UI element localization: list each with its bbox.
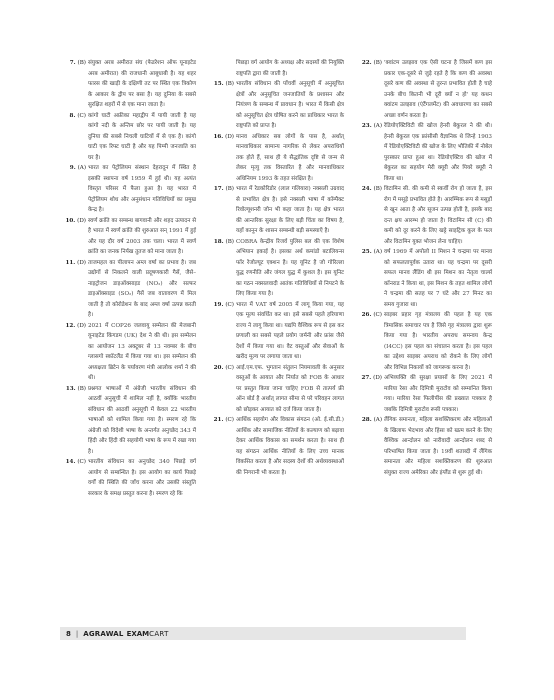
question-number: 11. (D)	[60, 258, 88, 321]
answer-item: 23. (A)रेडियोएक्टिविटी की खोज हेनरी बेकु…	[356, 121, 492, 184]
answer-option: (D)	[77, 323, 86, 329]
answer-option: (A)	[374, 249, 382, 255]
question-number: 8. (C)	[60, 111, 88, 164]
answer-item: 10. (D)स्वर्ण क्रांति का सम्बन्ध बागवानी…	[60, 216, 196, 258]
question-number-label: 17.	[214, 186, 224, 192]
explanation-text: भारत का पेट्रोलियम संस्थान देहरादून में …	[88, 163, 196, 216]
answer-option: (A)	[374, 123, 382, 129]
explanation-text: 2021 में COP26 जलवायु सम्मेलन की मेजबानी…	[88, 321, 196, 384]
answer-option: (C)	[373, 312, 382, 318]
question-number: 15. (B)	[208, 79, 236, 132]
answer-item: 14. (C)भारतीय संविधान का अनुच्छेद 340 पि…	[60, 457, 196, 499]
answer-item: 26. (C)साइबर प्रहार गृह मंत्रालय की पहल …	[356, 310, 492, 373]
question-number-label: 21.	[214, 417, 224, 423]
explanation-text: विटामिन सी. की कमी से स्कर्वी रोग हो जात…	[384, 184, 492, 247]
answer-item: 25. (A)वर्ष 1969 में अपोलो II मिशन ने चन…	[356, 247, 492, 310]
page-number: 8	[66, 630, 71, 638]
answer-option: (B)	[78, 386, 86, 392]
explanation-text: पिछड़ा वर्ग आयोग के अध्यक्ष और सदस्यों क…	[236, 58, 344, 79]
explanation-text: रेडियोएक्टिविटी की खोज हेनरी बेकुरल ने क…	[384, 121, 492, 184]
answer-item: 8. (C)कांगो घाटी अफ्रीका महाद्वीप में पा…	[60, 111, 196, 164]
answer-item: 17. (B)भारत में रेडकोरिडोर (लाल गलियारा)…	[208, 184, 344, 237]
answer-item: 11. (D)ताजमहल का पीलापन अम्ल वर्षा का प्…	[60, 258, 196, 321]
answer-option: (B)	[374, 186, 382, 192]
question-number-label: 11.	[65, 260, 75, 266]
question-number-label: 27.	[361, 375, 371, 381]
answer-option: (B)	[226, 81, 234, 87]
brand-name-agrawal: AGRAWAL	[83, 630, 123, 638]
footer-separator: |	[76, 630, 78, 638]
question-number: 7. (B)	[60, 58, 88, 111]
answer-option: (C)	[77, 459, 86, 465]
question-number-label: 12.	[65, 323, 75, 329]
explanation-text: COBRA केन्द्रीय रिजर्व पुलिस बल की एक वि…	[236, 237, 344, 300]
explanation-text: भारत में VAT वर्ष 2005 में लागू किया गया…	[236, 300, 344, 363]
explanation-text: ताजमहल का पीलापन अम्ल वर्षा का प्रभाव है…	[88, 258, 196, 321]
question-number: 22. (B)	[356, 58, 384, 121]
answer-item: 24. (B)विटामिन सी. की कमी से स्कर्वी रोग…	[356, 184, 492, 247]
question-number: 12. (D)	[60, 321, 88, 384]
question-number-label: 13.	[66, 386, 76, 392]
explanation-text: मानव अधिकार सब लोगों के पास है, अर्थात् …	[236, 132, 344, 185]
three-column-layout: 7. (B)संयुक्त अरब अमीरात संघ (फेडरेशन ऑफ…	[60, 58, 492, 499]
answer-option: (B)	[374, 60, 382, 66]
answer-item: 22. (B)'क्वांटम उलझाव एक ऐसी घटना है जिस…	[356, 58, 492, 121]
answer-item: 19. (C)भारत में VAT वर्ष 2005 में लागू क…	[208, 300, 344, 363]
answer-option: (D)	[77, 260, 86, 266]
explanation-text: आई.एम.एफ. भुगतान संतुलन नियमावली के अनुस…	[236, 363, 344, 416]
question-number: 26. (C)	[356, 310, 384, 373]
answer-item: 13. (B)प्रश्नगत भाषाओं में अंग्रेजी भारत…	[60, 384, 196, 458]
brand-name-cart: CART	[149, 630, 169, 638]
answer-option: (A)	[78, 165, 86, 171]
answer-item: 20. (C)आई.एम.एफ. भुगतान संतुलन नियमावली …	[208, 363, 344, 416]
question-number: 18. (B)	[208, 237, 236, 300]
answer-option: (D)	[373, 375, 382, 381]
question-number: 25. (A)	[356, 247, 384, 310]
question-number-label: 19.	[214, 302, 224, 308]
question-number: 20. (C)	[208, 363, 236, 416]
page-footer: 8 | AGRAWAL EXAM CART	[60, 627, 466, 640]
question-number-label: 9.	[70, 165, 76, 171]
answer-option: (C)	[225, 417, 234, 423]
question-number	[208, 58, 236, 79]
question-number-label: 23.	[362, 123, 372, 129]
question-number: 27. (D)	[356, 373, 384, 415]
answer-item: 21. (C)आर्थिक सहयोग और विकास संगठन (ओ. ई…	[208, 415, 344, 478]
question-number-label: 18.	[214, 239, 224, 245]
question-number: 13. (B)	[60, 384, 88, 458]
answer-item: 16. (D)मानव अधिकार सब लोगों के पास है, अ…	[208, 132, 344, 185]
question-number: 28. (A)	[356, 415, 384, 478]
answer-option: (A)	[374, 417, 382, 423]
explanation-text: 'क्वांटम उलझाव एक ऐसी घटना है जिसमें कण …	[384, 58, 492, 121]
answer-item: 12. (D)2021 में COP26 जलवायु सम्मेलन की …	[60, 321, 196, 384]
column-1: 7. (B)संयुक्त अरब अमीरात संघ (फेडरेशन ऑफ…	[60, 58, 196, 499]
explanation-text: भारतीय संविधान का अनुच्छेद 340 पिछड़े वर…	[88, 457, 196, 499]
question-number-label: 10.	[65, 218, 75, 224]
question-number: 21. (C)	[208, 415, 236, 478]
question-number-label: 14.	[66, 459, 76, 465]
question-number-label: 24.	[362, 186, 372, 192]
explanation-text: अभिव्यक्ति की सुरक्षा प्रयासों के लिए 20…	[384, 373, 492, 415]
question-number: 16. (D)	[208, 132, 236, 185]
brand-name-exam: EXAM	[127, 630, 150, 638]
question-number: 14. (C)	[60, 457, 88, 499]
question-number: 10. (D)	[60, 216, 88, 258]
question-number: 17. (B)	[208, 184, 236, 237]
question-number: 24. (B)	[356, 184, 384, 247]
question-number-label: 16.	[213, 134, 223, 140]
explanation-text: भारत में रेडकोरिडोर (लाल गलियारा) नक्सली…	[236, 184, 344, 237]
answer-option: (C)	[225, 302, 234, 308]
answer-item: 9. (A)भारत का पेट्रोलियम संस्थान देहरादू…	[60, 163, 196, 216]
question-number: 19. (C)	[208, 300, 236, 363]
answer-item: 27. (D)अभिव्यक्ति की सुरक्षा प्रयासों के…	[356, 373, 492, 415]
question-number-label: 20.	[214, 365, 224, 371]
answer-item: 15. (B)भारतीय संविधान की पाँचवीं अनुसूची…	[208, 79, 344, 132]
answer-option: (C)	[225, 365, 234, 371]
answer-item: 28. (A)लैंगिक समानता, महिला सशक्तिकरण और…	[356, 415, 492, 478]
explanation-text: लैंगिक समानता, महिला सशक्तिकरण और महिलाओ…	[384, 415, 492, 478]
answer-option: (B)	[78, 60, 86, 66]
column-3: 22. (B)'क्वांटम उलझाव एक ऐसी घटना है जिस…	[356, 58, 492, 499]
answer-option: (D)	[225, 134, 234, 140]
answer-explanations-page: 7. (B)संयुक्त अरब अमीरात संघ (फेडरेशन ऑफ…	[60, 58, 492, 499]
column-2: पिछड़ा वर्ग आयोग के अध्यक्ष और सदस्यों क…	[208, 58, 344, 499]
question-number-label: 22.	[362, 60, 372, 66]
answer-option: (C)	[77, 113, 86, 119]
question-number-label: 15.	[214, 81, 224, 87]
question-number-label: 28.	[362, 417, 372, 423]
question-number-label: 7.	[70, 60, 76, 66]
question-number-label: 8.	[70, 113, 76, 119]
explanation-text: संयुक्त अरब अमीरात संघ (फेडरेशन ऑफ यूनाइ…	[88, 58, 196, 111]
explanation-text: स्वर्ण क्रांति का सम्बन्ध बागवानी और शहद…	[88, 216, 196, 258]
answer-option: (B)	[226, 186, 234, 192]
answer-option: (B)	[226, 239, 234, 245]
explanation-text: आर्थिक सहयोग और विकास संगठन (ओ. ई.सी.डी.…	[236, 415, 344, 478]
explanation-text: भारतीय संविधान की पाँचवीं अनुसूची में अन…	[236, 79, 344, 132]
explanation-text: प्रश्नगत भाषाओं में अंग्रेजी भारतीय संवि…	[88, 384, 196, 458]
answer-item: 18. (B)COBRA केन्द्रीय रिजर्व पुलिस बल क…	[208, 237, 344, 300]
question-number: 9. (A)	[60, 163, 88, 216]
explanation-text: साइबर प्रहार गृह मंत्रालय की पहल है यह ए…	[384, 310, 492, 373]
question-number: 23. (A)	[356, 121, 384, 184]
answer-item: 7. (B)संयुक्त अरब अमीरात संघ (फेडरेशन ऑफ…	[60, 58, 196, 111]
question-number-label: 26.	[362, 312, 372, 318]
explanation-text: कांगो घाटी अफ्रीका महाद्वीप में पायी जात…	[88, 111, 196, 164]
explanation-text: वर्ष 1969 में अपोलो II मिशन ने चन्द्रमा …	[384, 247, 492, 310]
answer-option: (D)	[77, 218, 86, 224]
answer-item: पिछड़ा वर्ग आयोग के अध्यक्ष और सदस्यों क…	[208, 58, 344, 79]
question-number-label: 25.	[362, 249, 372, 255]
